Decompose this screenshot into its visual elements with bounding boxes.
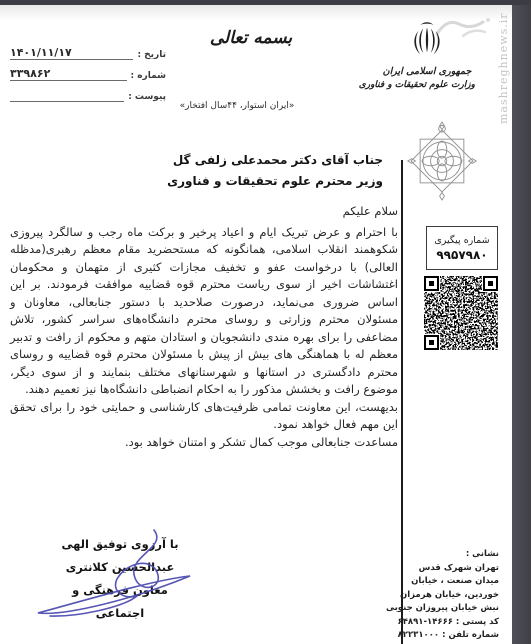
salutation: سلام علیکم [10, 203, 398, 221]
qr-code-icon [424, 276, 498, 350]
tracking-number: ۹۹۵۷۹۸۰ [427, 248, 497, 262]
body-paragraph-2: بدیهست، این معاونت تمامی ظرفیت‌های کارشن… [10, 399, 398, 434]
handwritten-signature-icon [14, 516, 226, 634]
bismillah-calligraphy: بسمه تعالی [196, 28, 306, 48]
ornament-rosette-icon [404, 121, 480, 201]
address-line: تهران شهرک قدس [369, 562, 499, 576]
number-label: شماره : [131, 71, 167, 81]
tracking-number-box: شماره پیگیری ۹۹۵۷۹۸۰ [426, 226, 498, 270]
top-border-bar [0, 0, 531, 5]
scanned-letter-page: mashreghnews.ir تاریخ : ۱۴۰۱/۱۱/۱۷ شماره… [0, 0, 531, 644]
address-line: خوردین، خیابان هرمزان [369, 589, 499, 603]
attachment-field: پیوست : [8, 88, 166, 102]
date-value: ۱۴۰۱/۱۱/۱۷ [10, 46, 133, 60]
number-field: شماره : ۳۳۹۸۶۲ [8, 67, 166, 81]
address-line: میدان صنعت ، خیابان [369, 575, 499, 589]
letter-body: سلام علیکم با احترام و عرض تبریک ایام و … [10, 203, 398, 451]
watermark-text: mashreghnews.ir [497, 12, 510, 132]
address-line: نبش خیابان پیروزان جنوبی [369, 602, 499, 616]
footer-address-block: نشانی : تهران شهرک قدس میدان صنعت ، خیاب… [369, 548, 499, 643]
number-value: ۳۳۹۸۶۲ [10, 67, 127, 81]
tracking-label: شماره پیگیری [427, 235, 497, 246]
date-label: تاریخ : [137, 50, 166, 60]
address-line: کد پستی : ۱۴۶۶۶-۶۴۸۹۱ [369, 616, 499, 630]
addressee-name: جناب آقای دکتر محمدعلی زلفی گل [167, 150, 383, 171]
addressee-block: جناب آقای دکتر محمدعلی زلفی گل وزیر محتر… [167, 150, 383, 192]
iran-coat-of-arms-icon [408, 20, 446, 60]
body-paragraph-1: با احترام و عرض تبریک ایام و اعیاد پرخیر… [10, 224, 398, 399]
letterhead-ministry: وزارت علوم تحقیقات و فناوری [379, 80, 475, 90]
anniversary-slogan: «ایران استوار، ۴۴سال افتخار» [172, 101, 302, 111]
date-field: تاریخ : ۱۴۰۱/۱۱/۱۷ [8, 46, 166, 60]
addressee-title: وزیر محترم علوم تحقیقات و فناوری [167, 171, 383, 192]
letterhead: جمهوری اسلامی ایران وزارت علوم تحقیقات و… [379, 20, 475, 90]
attachment-value [10, 101, 124, 102]
right-border-bar [512, 0, 531, 644]
address-line: شماره تلفن : ۸۲۲۳۱۰۰۰ [369, 629, 499, 643]
letterhead-country: جمهوری اسلامی ایران [379, 66, 475, 77]
address-line: نشانی : [369, 548, 499, 562]
letter-header-fields: تاریخ : ۱۴۰۱/۱۱/۱۷ شماره : ۳۳۹۸۶۲ پیوست … [8, 46, 166, 109]
body-paragraph-3: مساعدت جنابعالی موجب کمال تشکر و امتنان … [10, 434, 398, 452]
attachment-label: پیوست : [128, 92, 166, 102]
